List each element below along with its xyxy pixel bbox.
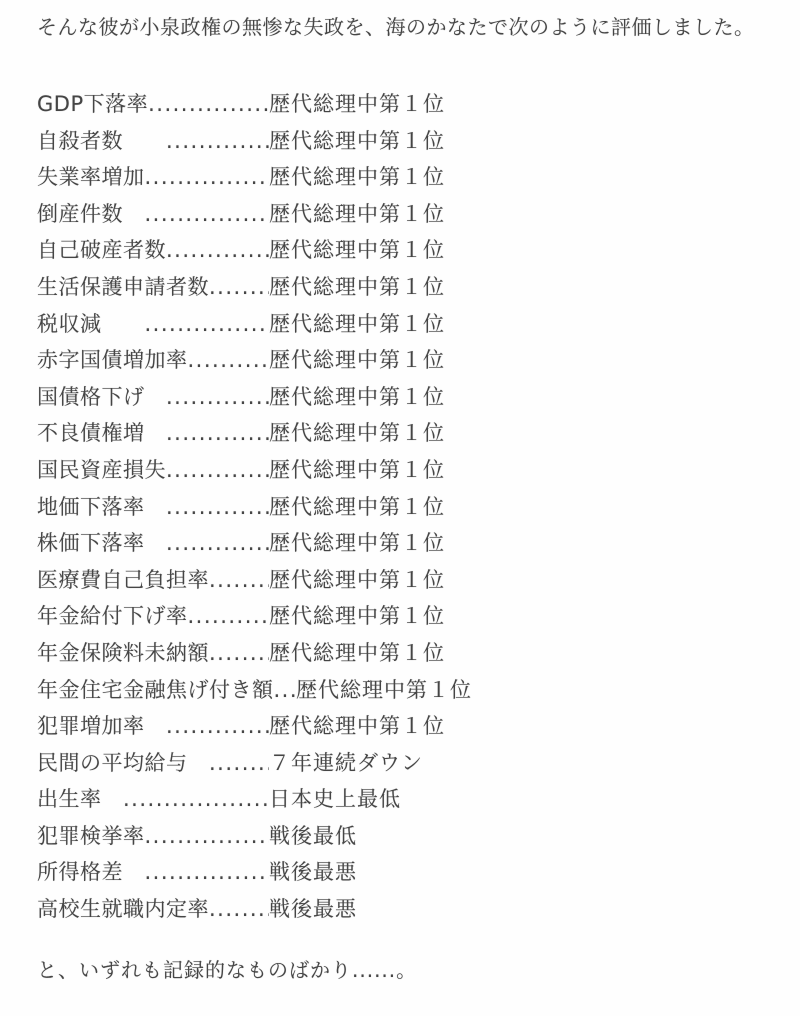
dot-leader: ........................................… [145,196,270,233]
list-item-label: 国債格下げ [37,379,166,416]
list-item-left: 地価下落率 ..................................… [37,489,269,526]
list-item-left: 自殺者数 ...................................… [37,123,269,160]
list-item: 地価下落率 ..................................… [37,489,780,526]
dot-leader: ........................................… [166,708,269,745]
list-item-value: 歴代総理中第１位 [269,708,445,745]
list-item: 医療費自己負担率................................… [37,562,780,599]
list-item-left: 国民資産損失..................................… [37,452,269,489]
list-item-value: 歴代総理中第１位 [269,562,445,599]
list-item: 出生率 ....................................… [37,781,780,818]
list-item: 年金給付下げ率.................................… [37,598,780,635]
dot-leader: ........................................… [166,232,269,269]
list-item-label: 高校生就職内定率 [37,891,209,928]
list-item: 自殺者数 ...................................… [37,123,780,160]
dot-leader: ........................................… [145,818,270,855]
list-item-left: 民間の平均給与 ................................… [37,745,269,782]
outro-text: と、いずれも記録的なものばかり......。 [37,954,780,983]
list-item-label: 民間の平均給与 [37,745,209,782]
list-item-value: 歴代総理中第１位 [269,86,445,123]
list-item: 高校生就職内定率................................… [37,891,780,928]
list-item-value: 歴代総理中第１位 [296,672,472,709]
list-item-left: 医療費自己負担率................................… [37,562,269,599]
list-item-value: 歴代総理中第１位 [269,232,445,269]
dot-leader: ........................................… [166,525,269,562]
list-item-left: 失業率増加...................................… [37,159,269,196]
list-item-label: 犯罪検挙率 [37,818,145,855]
list-item-left: 赤字国債増加率.................................… [37,342,269,379]
list-item-label: 赤字国債増加率 [37,342,188,379]
list-item: 株価下落率 ..................................… [37,525,780,562]
list-item: 税収減 ....................................… [37,306,780,343]
list-item-value: 歴代総理中第１位 [269,306,445,343]
list-item-left: 倒産件数 ...................................… [37,196,269,233]
list-item: 赤字国債増加率.................................… [37,342,780,379]
list-item-value: 歴代総理中第１位 [269,452,445,489]
dot-leader: .................................... [274,672,297,709]
list-item-value: 戦後最悪 [269,891,357,928]
dot-leader: ........................................… [166,123,269,160]
dot-leader: ........................................… [123,781,269,818]
list-item-label: 株価下落率 [37,525,166,562]
list-item-label: 年金保険料未納額 [37,635,209,672]
dot-leader: ........................................… [145,854,270,891]
list-item-left: 犯罪検挙率...................................… [37,818,269,855]
list-item: 不良債権増 ..................................… [37,415,780,452]
list-item-value: 戦後最悪 [269,854,357,891]
list-item-value: 日本史上最低 [269,781,401,818]
list-item-value: 歴代総理中第１位 [269,598,445,635]
list-item: 犯罪検挙率...................................… [37,818,780,855]
list-item-left: 犯罪増加率 ..................................… [37,708,269,745]
dot-leader: ........................................… [209,635,269,672]
list-item-label: 税収減 [37,306,145,343]
list-item-left: 国債格下げ ..................................… [37,379,269,416]
list-item-label: 不良債権増 [37,415,166,452]
list-item: 犯罪増加率 ..................................… [37,708,780,745]
ranking-list: GDP下落率..................................… [37,86,780,928]
dot-leader: ........................................… [209,891,269,928]
list-item-left: 出生率 ....................................… [37,781,269,818]
dot-leader: ........................................… [148,86,269,123]
list-item-left: 生活保護申請者数................................… [37,269,269,306]
dot-leader: ........................................… [209,562,269,599]
dot-leader: ........................................… [188,342,270,379]
list-item-value: 歴代総理中第１位 [269,342,445,379]
list-item-value: 歴代総理中第１位 [269,123,445,160]
dot-leader: ........................................… [166,452,269,489]
list-item-value: 歴代総理中第１位 [269,379,445,416]
list-item-label: 年金住宅金融焦げ付き額 [37,672,274,709]
list-item-left: 税収減 ....................................… [37,306,269,343]
document-page: そんな彼が小泉政権の無惨な失政を、海のかなたで次のように評価しました。 GDP下… [0,0,800,1016]
list-item-left: 株価下落率 ..................................… [37,525,269,562]
list-item-left: 年金保険料未納額................................… [37,635,269,672]
list-item: 失業率増加...................................… [37,159,780,196]
dot-leader: ........................................… [166,415,269,452]
list-item-value: 歴代総理中第１位 [269,635,445,672]
list-item-value: 歴代総理中第１位 [269,196,445,233]
list-item-left: 年金住宅金融焦げ付き額.............................… [37,672,296,709]
list-item-label: 地価下落率 [37,489,166,526]
list-item-value: 戦後最低 [269,818,357,855]
list-item-value: 歴代総理中第１位 [269,159,445,196]
list-item-value: 歴代総理中第１位 [269,489,445,526]
list-item-left: 自己破産者数..................................… [37,232,269,269]
list-item-label: 年金給付下げ率 [37,598,188,635]
list-item: 国民資産損失..................................… [37,452,780,489]
list-item-label: 犯罪増加率 [37,708,166,745]
dot-leader: ........................................… [188,598,270,635]
list-item-label: 自己破産者数 [37,232,166,269]
list-item-value: ７年連続ダウン [269,745,423,782]
list-item-label: 生活保護申請者数 [37,269,209,306]
list-item-left: 所得格差 ...................................… [37,854,269,891]
list-item: 国債格下げ ..................................… [37,379,780,416]
dot-leader: ........................................… [145,306,270,343]
list-item-label: GDP下落率 [37,86,148,123]
list-item-label: 自殺者数 [37,123,166,160]
intro-text: そんな彼が小泉政権の無惨な失政を、海のかなたで次のように評価しました。 [37,12,780,42]
list-item: 年金保険料未納額................................… [37,635,780,672]
list-item-label: 所得格差 [37,854,145,891]
list-item: GDP下落率..................................… [37,86,780,123]
dot-leader: ........................................… [209,269,269,306]
list-item: 年金住宅金融焦げ付き額.............................… [37,672,780,709]
dot-leader: ........................................… [166,379,269,416]
list-item-label: 国民資産損失 [37,452,166,489]
list-item-value: 歴代総理中第１位 [269,415,445,452]
list-item-left: 年金給付下げ率.................................… [37,598,269,635]
list-item-left: GDP下落率..................................… [37,86,269,123]
dot-leader: ........................................… [145,159,270,196]
list-item-left: 不良債権増 ..................................… [37,415,269,452]
list-item-label: 出生率 [37,781,123,818]
list-item-label: 医療費自己負担率 [37,562,209,599]
list-item-left: 高校生就職内定率................................… [37,891,269,928]
list-item-value: 歴代総理中第１位 [269,269,445,306]
list-item: 民間の平均給与 ................................… [37,745,780,782]
list-item: 自己破産者数..................................… [37,232,780,269]
list-item: 所得格差 ...................................… [37,854,780,891]
list-item-label: 倒産件数 [37,196,145,233]
list-item-value: 歴代総理中第１位 [269,525,445,562]
list-item-label: 失業率増加 [37,159,145,196]
list-item: 生活保護申請者数................................… [37,269,780,306]
dot-leader: ........................................… [166,489,269,526]
dot-leader: ........................................… [209,745,269,782]
list-item: 倒産件数 ...................................… [37,196,780,233]
